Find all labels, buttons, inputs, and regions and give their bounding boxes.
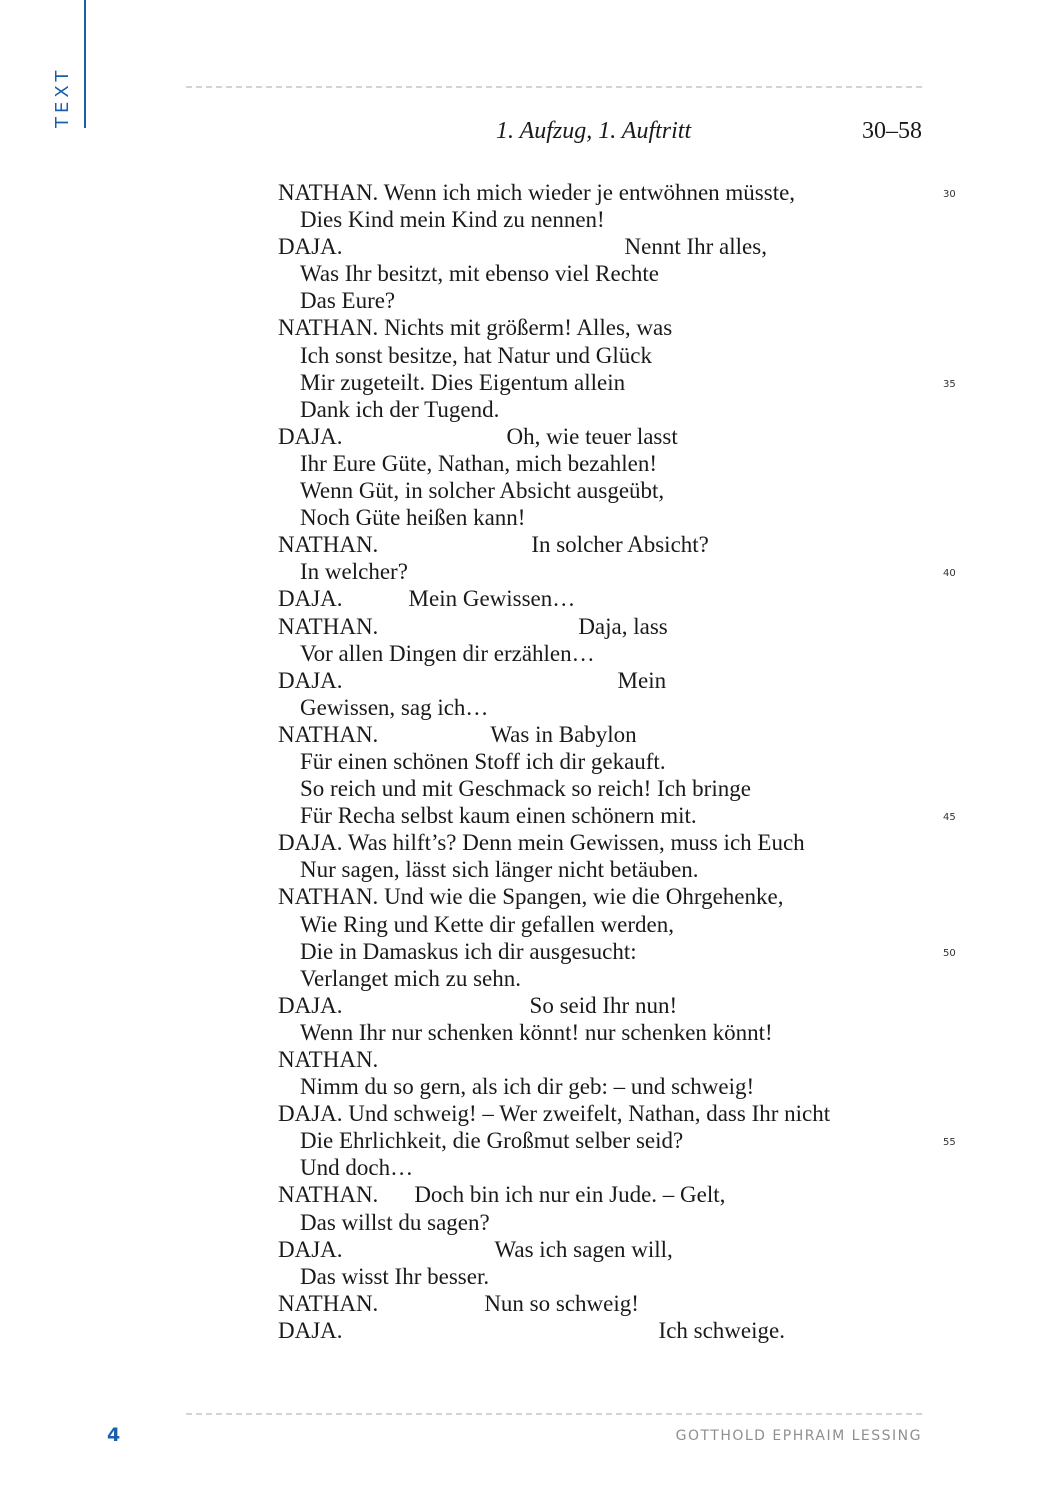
verse-line: Mir zugeteilt. Dies Eigentum allein35: [278, 369, 978, 396]
verse-line: Was Ihr besitzt, mit ebenso viel Rechte: [278, 260, 978, 287]
verse-line: In welcher?40: [278, 558, 978, 585]
verse-text: Vor allen Dingen dir erzählen…: [278, 641, 595, 666]
section-label: TEXT: [52, 67, 73, 128]
verse-text: Wenn ich mich wieder je entwöhnen müsste…: [378, 180, 795, 205]
verse-line: DAJA.Nennt Ihr alles,: [278, 233, 978, 260]
verse-line: NATHAN. Nichts mit größerm! Alles, was: [278, 314, 978, 341]
verse-text: Das willst du sagen?: [278, 1210, 490, 1235]
verse-text: Was hilft’s? Denn mein Gewissen, muss ic…: [343, 830, 805, 855]
verse-text: Was ich sagen will,: [495, 1237, 673, 1262]
verse-text: Gewissen, sag ich…: [278, 695, 488, 720]
verse-text: Und doch…: [278, 1155, 413, 1180]
verse-line: DAJA. Was hilft’s? Denn mein Gewissen, m…: [278, 829, 978, 856]
verse-text: Dies Kind mein Kind zu nennen!: [278, 207, 605, 232]
verse-text: Für Recha selbst kaum einen schönern mit…: [278, 803, 697, 828]
verse-line: Das willst du sagen?: [278, 1209, 978, 1236]
speaker-name: NATHAN.: [278, 1182, 378, 1207]
verse-line: Wie Ring und Kette dir gefallen werden,: [278, 911, 978, 938]
verse-line: Ihr Eure Güte, Nathan, mich bezahlen!: [278, 450, 978, 477]
verse-text: Und schweig! – Wer zweifelt, Nathan, das…: [343, 1101, 831, 1126]
verse-text: Wenn Güt, in solcher Absicht ausgeübt,: [278, 478, 664, 503]
verse-text: Das Eure?: [278, 288, 395, 313]
speaker-name: DAJA.: [278, 993, 343, 1018]
verse-line: NATHAN.: [278, 1046, 978, 1073]
verse-line: Das wisst Ihr besser.: [278, 1263, 978, 1290]
line-number: 50: [943, 940, 956, 967]
verse-text: Verlanget mich zu sehn.: [278, 966, 521, 991]
speaker-name: DAJA.: [278, 586, 343, 611]
speaker-name: DAJA.: [278, 1318, 343, 1343]
page-number: 4: [107, 1424, 120, 1446]
verse-line: Vor allen Dingen dir erzählen…: [278, 640, 978, 667]
verse-text: Ihr Eure Güte, Nathan, mich bezahlen!: [278, 451, 657, 476]
verse-line: Wenn Güt, in solcher Absicht ausgeübt,: [278, 477, 978, 504]
verse-line: Dank ich der Tugend.: [278, 396, 978, 423]
verse-line: So reich und mit Geschmack so reich! Ich…: [278, 775, 978, 802]
verse-line: NATHAN.Nun so schweig!: [278, 1290, 978, 1317]
verse-line: Für Recha selbst kaum einen schönern mit…: [278, 802, 978, 829]
line-number: 35: [943, 371, 956, 398]
verse-line: NATHAN.Was in Babylon: [278, 721, 978, 748]
verse-line: Ich sonst besitze, hat Natur und Glück: [278, 342, 978, 369]
verse-text: Das wisst Ihr besser.: [278, 1264, 489, 1289]
speaker-name: NATHAN.: [278, 1291, 378, 1316]
verse-text: Nichts mit größerm! Alles, was: [378, 315, 672, 340]
scene-title: 1. Aufzug, 1. Auftritt: [496, 118, 691, 145]
speaker-name: NATHAN.: [278, 180, 378, 205]
footer-divider: [186, 1413, 922, 1415]
verse-line: NATHAN.Doch bin ich nur ein Jude. – Gelt…: [278, 1181, 978, 1208]
verse-line: DAJA. Und schweig! – Wer zweifelt, Natha…: [278, 1100, 978, 1127]
line-number: 45: [943, 804, 956, 831]
verse-line: DAJA.Mein Gewissen…: [278, 585, 978, 612]
verse-line: Das Eure?: [278, 287, 978, 314]
line-range: 30–58: [862, 118, 922, 145]
verse-line: Die in Damaskus ich dir ausgesucht:50: [278, 938, 978, 965]
verse-text: Was Ihr besitzt, mit ebenso viel Rechte: [278, 261, 659, 286]
verse-line: Verlanget mich zu sehn.: [278, 965, 978, 992]
header-divider: [186, 86, 922, 88]
verse-line: DAJA.So seid Ihr nun!: [278, 992, 978, 1019]
verse-line: Gewissen, sag ich…: [278, 694, 978, 721]
verse-text: In solcher Absicht?: [531, 532, 709, 557]
speaker-name: DAJA.: [278, 424, 343, 449]
speaker-name: NATHAN.: [278, 315, 378, 340]
verse-line: NATHAN. Wenn ich mich wieder je entwöhne…: [278, 179, 978, 206]
verse-text: Für einen schönen Stoff ich dir gekauft.: [278, 749, 666, 774]
line-number: 40: [943, 560, 956, 587]
verse-text: Die in Damaskus ich dir ausgesucht:: [278, 939, 637, 964]
verse-text: Ich sonst besitze, hat Natur und Glück: [278, 343, 652, 368]
verse-text-block: NATHAN. Wenn ich mich wieder je entwöhne…: [278, 179, 978, 1344]
verse-line: Die Ehrlichkeit, die Großmut selber seid…: [278, 1127, 978, 1154]
verse-text: Was in Babylon: [490, 722, 636, 747]
speaker-name: DAJA.: [278, 234, 343, 259]
verse-line: NATHAN.Daja, lass: [278, 613, 978, 640]
speaker-name: NATHAN.: [278, 722, 378, 747]
verse-text: In welcher?: [278, 559, 408, 584]
verse-text: Nun so schweig!: [484, 1291, 639, 1316]
line-number: 30: [943, 181, 956, 208]
speaker-name: NATHAN.: [278, 532, 378, 557]
verse-text: Ich schweige.: [659, 1318, 785, 1343]
verse-text: Wie Ring und Kette dir gefallen werden,: [278, 912, 674, 937]
verse-line: Wenn Ihr nur schenken könnt! nur schenke…: [278, 1019, 978, 1046]
verse-text: Mein Gewissen…: [409, 586, 576, 611]
verse-line: NATHAN. Und wie die Spangen, wie die Ohr…: [278, 883, 978, 910]
verse-line: DAJA.Mein: [278, 667, 978, 694]
author-name: GOTTHOLD EPHRAIM LESSING: [676, 1428, 922, 1444]
verse-line: Und doch…: [278, 1154, 978, 1181]
verse-text: So seid Ihr nun!: [530, 993, 678, 1018]
verse-text: Nur sagen, lässt sich länger nicht betäu…: [278, 857, 699, 882]
verse-line: DAJA.Oh, wie teuer lasst: [278, 423, 978, 450]
line-number: 55: [943, 1129, 956, 1156]
verse-text: Dank ich der Tugend.: [278, 397, 499, 422]
verse-text: Wenn Ihr nur schenken könnt! nur schenke…: [278, 1020, 773, 1045]
verse-line: Nur sagen, lässt sich länger nicht betäu…: [278, 856, 978, 883]
speaker-name: NATHAN.: [278, 884, 378, 909]
verse-text: Noch Güte heißen kann!: [278, 505, 525, 530]
verse-line: NATHAN.In solcher Absicht?: [278, 531, 978, 558]
speaker-name: DAJA.: [278, 668, 343, 693]
verse-line: Nimm du so gern, als ich dir geb: – und …: [278, 1073, 978, 1100]
section-marker-rule: [84, 0, 86, 128]
verse-text: Die Ehrlichkeit, die Großmut selber seid…: [278, 1128, 683, 1153]
verse-text: Und wie die Spangen, wie die Ohrgehenke,: [378, 884, 783, 909]
speaker-name: DAJA.: [278, 830, 343, 855]
verse-text: Mir zugeteilt. Dies Eigentum allein: [278, 370, 625, 395]
verse-text: Oh, wie teuer lasst: [507, 424, 678, 449]
verse-line: DAJA.Ich schweige.: [278, 1317, 978, 1344]
verse-text: Nennt Ihr alles,: [625, 234, 767, 259]
verse-text: Doch bin ich nur ein Jude. – Gelt,: [414, 1182, 725, 1207]
verse-text: So reich und mit Geschmack so reich! Ich…: [278, 776, 751, 801]
speaker-name: NATHAN.: [278, 1047, 378, 1072]
verse-line: Für einen schönen Stoff ich dir gekauft.: [278, 748, 978, 775]
speaker-name: DAJA.: [278, 1101, 343, 1126]
verse-text: Daja, lass: [578, 614, 667, 639]
verse-line: DAJA.Was ich sagen will,: [278, 1236, 978, 1263]
verse-line: Noch Güte heißen kann!: [278, 504, 978, 531]
verse-text: Mein: [618, 668, 667, 693]
speaker-name: DAJA.: [278, 1237, 343, 1262]
speaker-name: NATHAN.: [278, 614, 378, 639]
verse-line: Dies Kind mein Kind zu nennen!: [278, 206, 978, 233]
verse-text: Nimm du so gern, als ich dir geb: – und …: [278, 1074, 754, 1099]
